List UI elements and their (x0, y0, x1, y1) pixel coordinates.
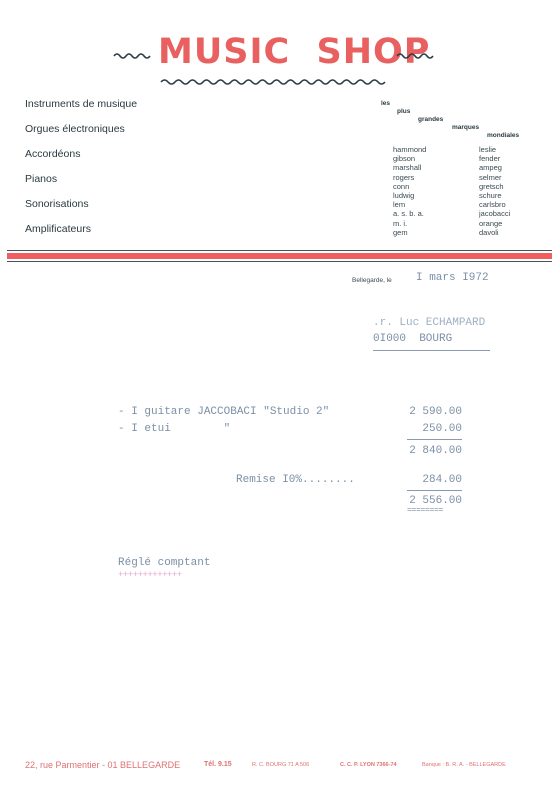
brand: schure (479, 191, 510, 200)
brand: gibson (393, 154, 426, 163)
brand: lem (393, 200, 426, 209)
tagline-word: plus (397, 108, 410, 115)
brands-right-column: leslie fender ampeg selmer gretsch schur… (479, 145, 510, 237)
subtotal-rule (407, 439, 462, 440)
brand: davoli (479, 228, 510, 237)
discount-label: Remise I0%........ (236, 474, 355, 486)
brand: ampeg (479, 163, 510, 172)
brand: jacobacci (479, 209, 510, 218)
tagline-word: grandes (418, 116, 443, 123)
footer-rc: R. C. BOURG 71 A 506 (252, 762, 309, 768)
footer-ccp: C. C. P. LYON 7366-74 (340, 762, 397, 768)
service-item: Orgues électroniques (25, 123, 137, 148)
service-item: Amplificateurs (25, 223, 137, 248)
line-item-amount: 250.00 (422, 423, 462, 435)
footer-address: 22, rue Parmentier - 01 BELLEGARDE (25, 760, 180, 770)
line-item-description: - I guitare JACCOBACI "Studio 2" (118, 406, 329, 418)
brand: conn (393, 182, 426, 191)
payment-note: Réglé comptant (118, 557, 210, 569)
payment-note-underline: +++++++++++++ (118, 570, 182, 580)
tagline-word: mondiales (487, 132, 519, 139)
letter-date: I mars I972 (416, 272, 489, 284)
services-list: Instruments de musique Orgues électroniq… (25, 98, 137, 248)
service-item: Pianos (25, 173, 137, 198)
brand: gretsch (479, 182, 510, 191)
header-divider-red (7, 253, 552, 259)
service-item: Sonorisations (25, 198, 137, 223)
recipient-underline (373, 350, 490, 351)
brand: ludwig (393, 191, 426, 200)
wave-underline-icon (160, 76, 390, 88)
brand: leslie (479, 145, 510, 154)
brand: hammond (393, 145, 426, 154)
brand: selmer (479, 173, 510, 182)
brand: a. s. b. a. (393, 209, 426, 218)
place-label: Bellegarde, le (352, 277, 392, 284)
brand: m. i. (393, 219, 426, 228)
tagline-word: les (381, 100, 390, 107)
brand: orange (479, 219, 510, 228)
line-item-description: - I etui " (118, 423, 230, 435)
wave-left-icon (113, 50, 153, 62)
total-rule (407, 490, 462, 491)
shop-title: MUSIC SHOP (158, 32, 430, 72)
wave-right-icon (396, 50, 436, 62)
recipient-name: .r. Luc ECHAMPARD (373, 317, 485, 329)
service-item: Instruments de musique (25, 98, 137, 123)
total-double-underline: ======== (407, 506, 443, 515)
header-divider-bottom (7, 261, 552, 262)
header-divider-top (7, 250, 552, 251)
recipient-city: 0I000 BOURG (373, 333, 452, 345)
service-item: Accordéons (25, 148, 137, 173)
brand: marshall (393, 163, 426, 172)
brand: fender (479, 154, 510, 163)
brands-left-column: hammond gibson marshall rogers conn ludw… (393, 145, 426, 237)
discount-amount: 284.00 (422, 474, 462, 486)
line-item-amount: 2 590.00 (409, 406, 462, 418)
brand: carlsbro (479, 200, 510, 209)
footer-bank: Banque : B. R. A. - BELLEGARDE (422, 762, 506, 768)
subtotal-amount: 2 840.00 (409, 445, 462, 457)
brand: rogers (393, 173, 426, 182)
tagline-word: marques (452, 124, 479, 131)
footer-phone: Tél. 9.15 (204, 761, 232, 768)
brand: gem (393, 228, 426, 237)
